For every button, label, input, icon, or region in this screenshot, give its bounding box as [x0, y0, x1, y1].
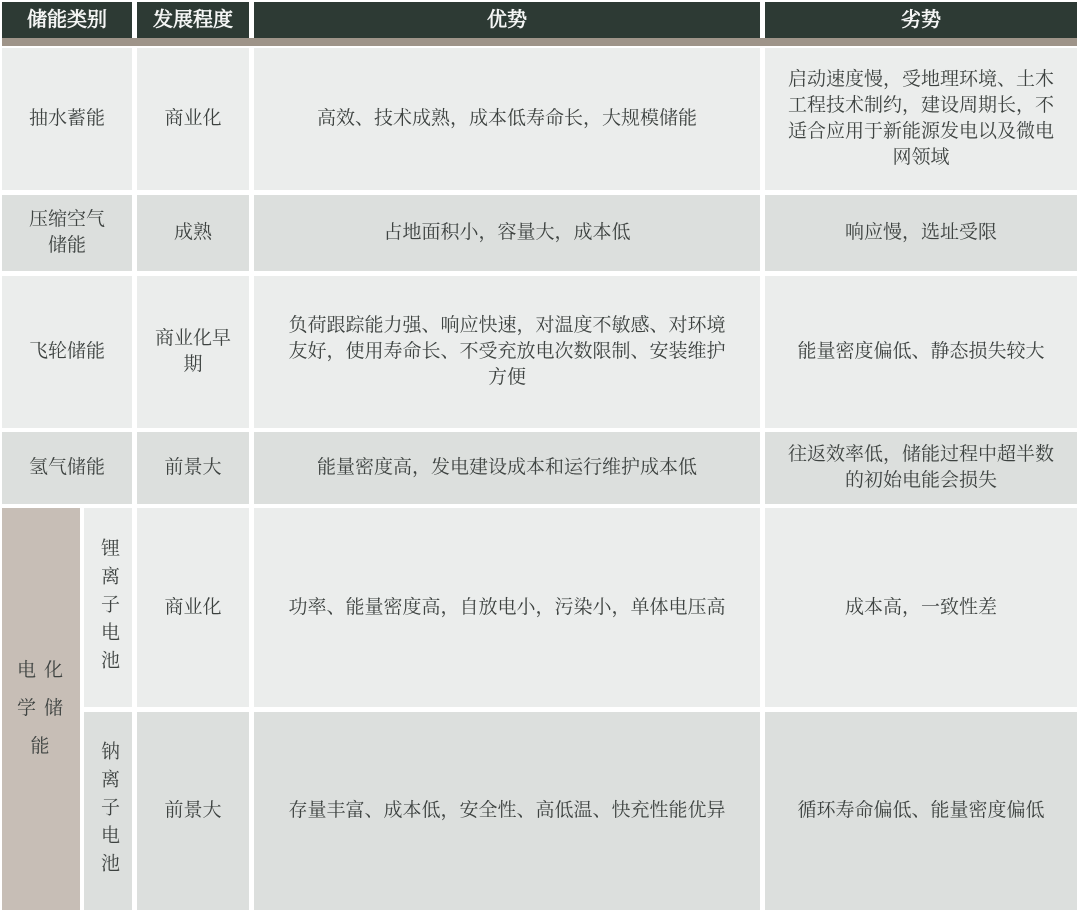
header-cell-disadvantages: 劣势	[765, 2, 1077, 38]
header-cell-development: 发展程度	[137, 2, 249, 38]
cell-advantages: 能量密度高，发电建设成本和运行维护成本低	[254, 432, 760, 504]
cell-disadvantages: 能量密度偏低、静态损失较大	[765, 276, 1077, 428]
header-shadow-band	[2, 38, 1077, 46]
cell-development: 成熟	[137, 195, 249, 271]
storage-comparison-table: 储能类别 发展程度 优势 劣势 抽水蓄能 商业化 高效、技术成熟，成本低寿命长，…	[0, 0, 1080, 910]
header-cell-advantages: 优势	[254, 2, 760, 38]
cell-advantages: 负荷跟踪能力强、响应快速，对温度不敏感、对环境友好，使用寿命长、不受充放电次数限…	[254, 276, 760, 428]
cell-advantages: 高效、技术成熟，成本低寿命长，大规模储能	[254, 48, 760, 190]
cell-disadvantages: 往返效率低，储能过程中超半数的初始电能会损失	[765, 432, 1077, 504]
cell-development: 商业化	[137, 48, 249, 190]
subtype-cell: 钠离子电池	[84, 712, 132, 910]
cell-disadvantages: 循环寿命偏低、能量密度偏低	[765, 712, 1077, 910]
cell-advantages: 存量丰富、成本低，安全性、高低温、快充性能优异	[254, 712, 760, 910]
cell-disadvantages: 启动速度慢，受地理环境、土木工程技术制约，建设周期长，不适合应用于新能源发电以及…	[765, 48, 1077, 190]
cell-disadvantages: 响应慢，选址受限	[765, 195, 1077, 271]
cell-development: 前景大	[137, 712, 249, 910]
cell-development: 前景大	[137, 432, 249, 504]
header-cell-type: 储能类别	[2, 2, 132, 38]
cell-type: 压缩空气储能	[2, 195, 132, 271]
cell-advantages: 功率、能量密度高，自放电小，污染小，单体电压高	[254, 508, 760, 707]
cell-type: 抽水蓄能	[2, 48, 132, 190]
cell-type: 飞轮储能	[2, 276, 132, 428]
cell-disadvantages: 成本高，一致性差	[765, 508, 1077, 707]
cell-development: 商业化早期	[137, 276, 249, 428]
cell-type: 氢气储能	[2, 432, 132, 504]
table-grid: 储能类别 发展程度 优势 劣势 抽水蓄能 商业化 高效、技术成熟，成本低寿命长，…	[2, 2, 1077, 910]
cell-development: 商业化	[137, 508, 249, 707]
group-label-cell: 电化学储能	[2, 508, 80, 910]
cell-advantages: 占地面积小，容量大，成本低	[254, 195, 760, 271]
subtype-cell: 锂离子电池	[84, 508, 132, 707]
